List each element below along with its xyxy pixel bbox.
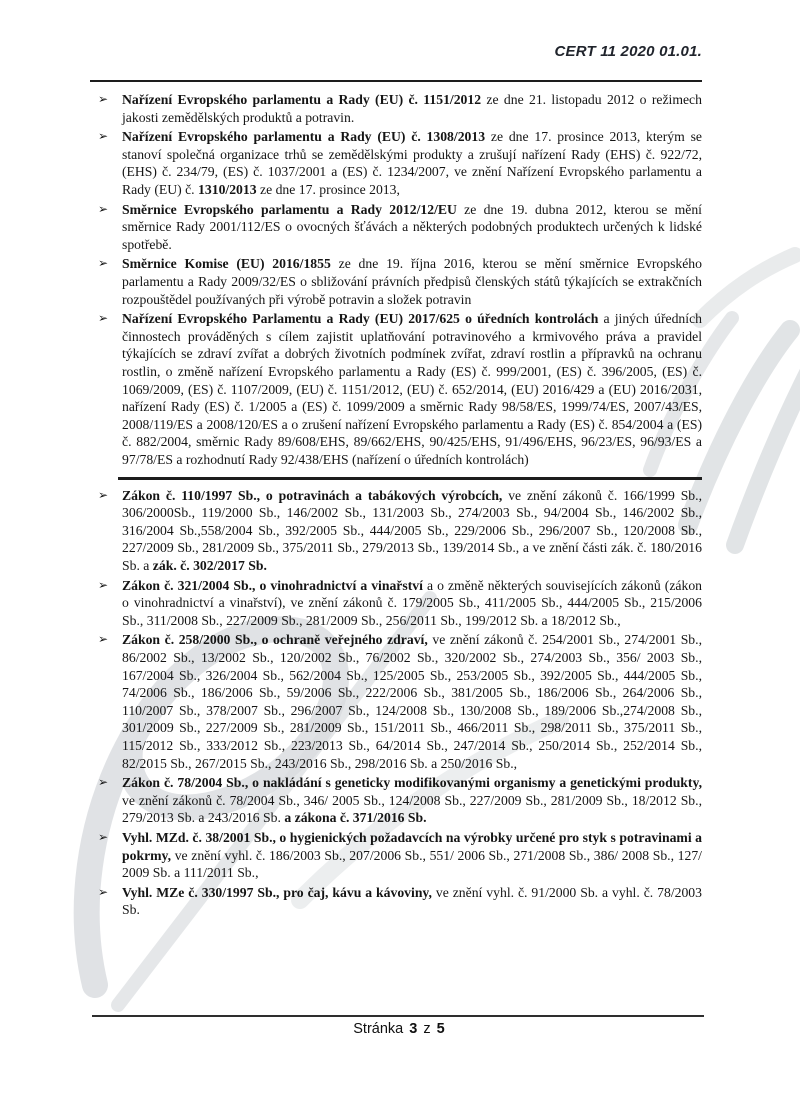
list-item-text: Zákon č. 110/1997 Sb., o potravinách a t…	[122, 488, 702, 573]
list-item: ➢Směrnice Evropského parlamentu a Rady 2…	[96, 201, 702, 254]
bullet-arrow-icon: ➢	[98, 577, 108, 595]
bullet-arrow-icon: ➢	[98, 487, 108, 505]
document-body: ➢Nařízení Evropského parlamentu a Rady (…	[96, 91, 702, 921]
list-item-text: Zákon č. 258/2000 Sb., o ochraně veřejné…	[122, 632, 702, 770]
footer-divider-line	[92, 1015, 704, 1017]
bullet-arrow-icon: ➢	[98, 91, 108, 109]
section-divider-line	[118, 477, 702, 479]
bullet-arrow-icon: ➢	[98, 201, 108, 219]
list-item-text: Směrnice Evropského parlamentu a Rady 20…	[122, 202, 702, 252]
list-item: ➢Zákon č. 321/2004 Sb., o vinohradnictví…	[96, 577, 702, 630]
list-item: ➢Vyhl. MZd. č. 38/2001 Sb., o hygienický…	[96, 829, 702, 882]
list-item-text: Nařízení Evropského Parlamentu a Rady (E…	[122, 311, 702, 467]
list-item-text: Vyhl. MZe č. 330/1997 Sb., pro čaj, kávu…	[122, 885, 702, 918]
footer-label: Stránka	[351, 1021, 405, 1037]
footer-current-page: 3	[409, 1021, 417, 1037]
scanned-document-page: CERT 11 2020 01.01. ➢Nařízení Evropského…	[0, 0, 800, 1100]
list-item: ➢Vyhl. MZe č. 330/1997 Sb., pro čaj, káv…	[96, 884, 702, 919]
list-item: ➢Nařízení Evropského parlamentu a Rady (…	[96, 91, 702, 126]
page-number-footer: Stránka 3 z 5	[92, 1021, 704, 1037]
bullet-arrow-icon: ➢	[98, 128, 108, 146]
list-item-text: Zákon č. 321/2004 Sb., o vinohradnictví …	[122, 578, 702, 628]
list-item: ➢Směrnice Komise (EU) 2016/1855 ze dne 1…	[96, 255, 702, 308]
bullet-arrow-icon: ➢	[98, 884, 108, 902]
list-item: ➢Zákon č. 258/2000 Sb., o ochraně veřejn…	[96, 631, 702, 772]
bullet-arrow-icon: ➢	[98, 310, 108, 328]
document-reference-header: CERT 11 2020 01.01.	[554, 43, 702, 60]
list-item: ➢Zákon č. 110/1997 Sb., o potravinách a …	[96, 487, 702, 575]
list-item-text: Zákon č. 78/2004 Sb., o nakládání s gene…	[122, 775, 702, 825]
bullet-arrow-icon: ➢	[98, 255, 108, 273]
list-item: ➢Nařízení Evropského parlamentu a Rady (…	[96, 128, 702, 198]
list-item-text: Nařízení Evropského parlamentu a Rady (E…	[122, 92, 702, 125]
bullet-arrow-icon: ➢	[98, 774, 108, 792]
list-item: ➢Nařízení Evropského Parlamentu a Rady (…	[96, 310, 702, 468]
list-item-text: Směrnice Komise (EU) 2016/1855 ze dne 19…	[122, 256, 702, 306]
footer-of-word: z	[421, 1021, 432, 1037]
section-eu-legislation: ➢Nařízení Evropského parlamentu a Rady (…	[96, 91, 702, 468]
bullet-arrow-icon: ➢	[98, 829, 108, 847]
list-item: ➢Zákon č. 78/2004 Sb., o nakládání s gen…	[96, 774, 702, 827]
list-item-text: Nařízení Evropského parlamentu a Rady (E…	[122, 129, 702, 197]
list-item-text: Vyhl. MZd. č. 38/2001 Sb., o hygienickýc…	[122, 830, 702, 880]
footer-total-pages: 5	[437, 1021, 445, 1037]
header-divider-line	[90, 80, 702, 82]
bullet-arrow-icon: ➢	[98, 631, 108, 649]
section-czech-legislation: ➢Zákon č. 110/1997 Sb., o potravinách a …	[96, 487, 702, 919]
